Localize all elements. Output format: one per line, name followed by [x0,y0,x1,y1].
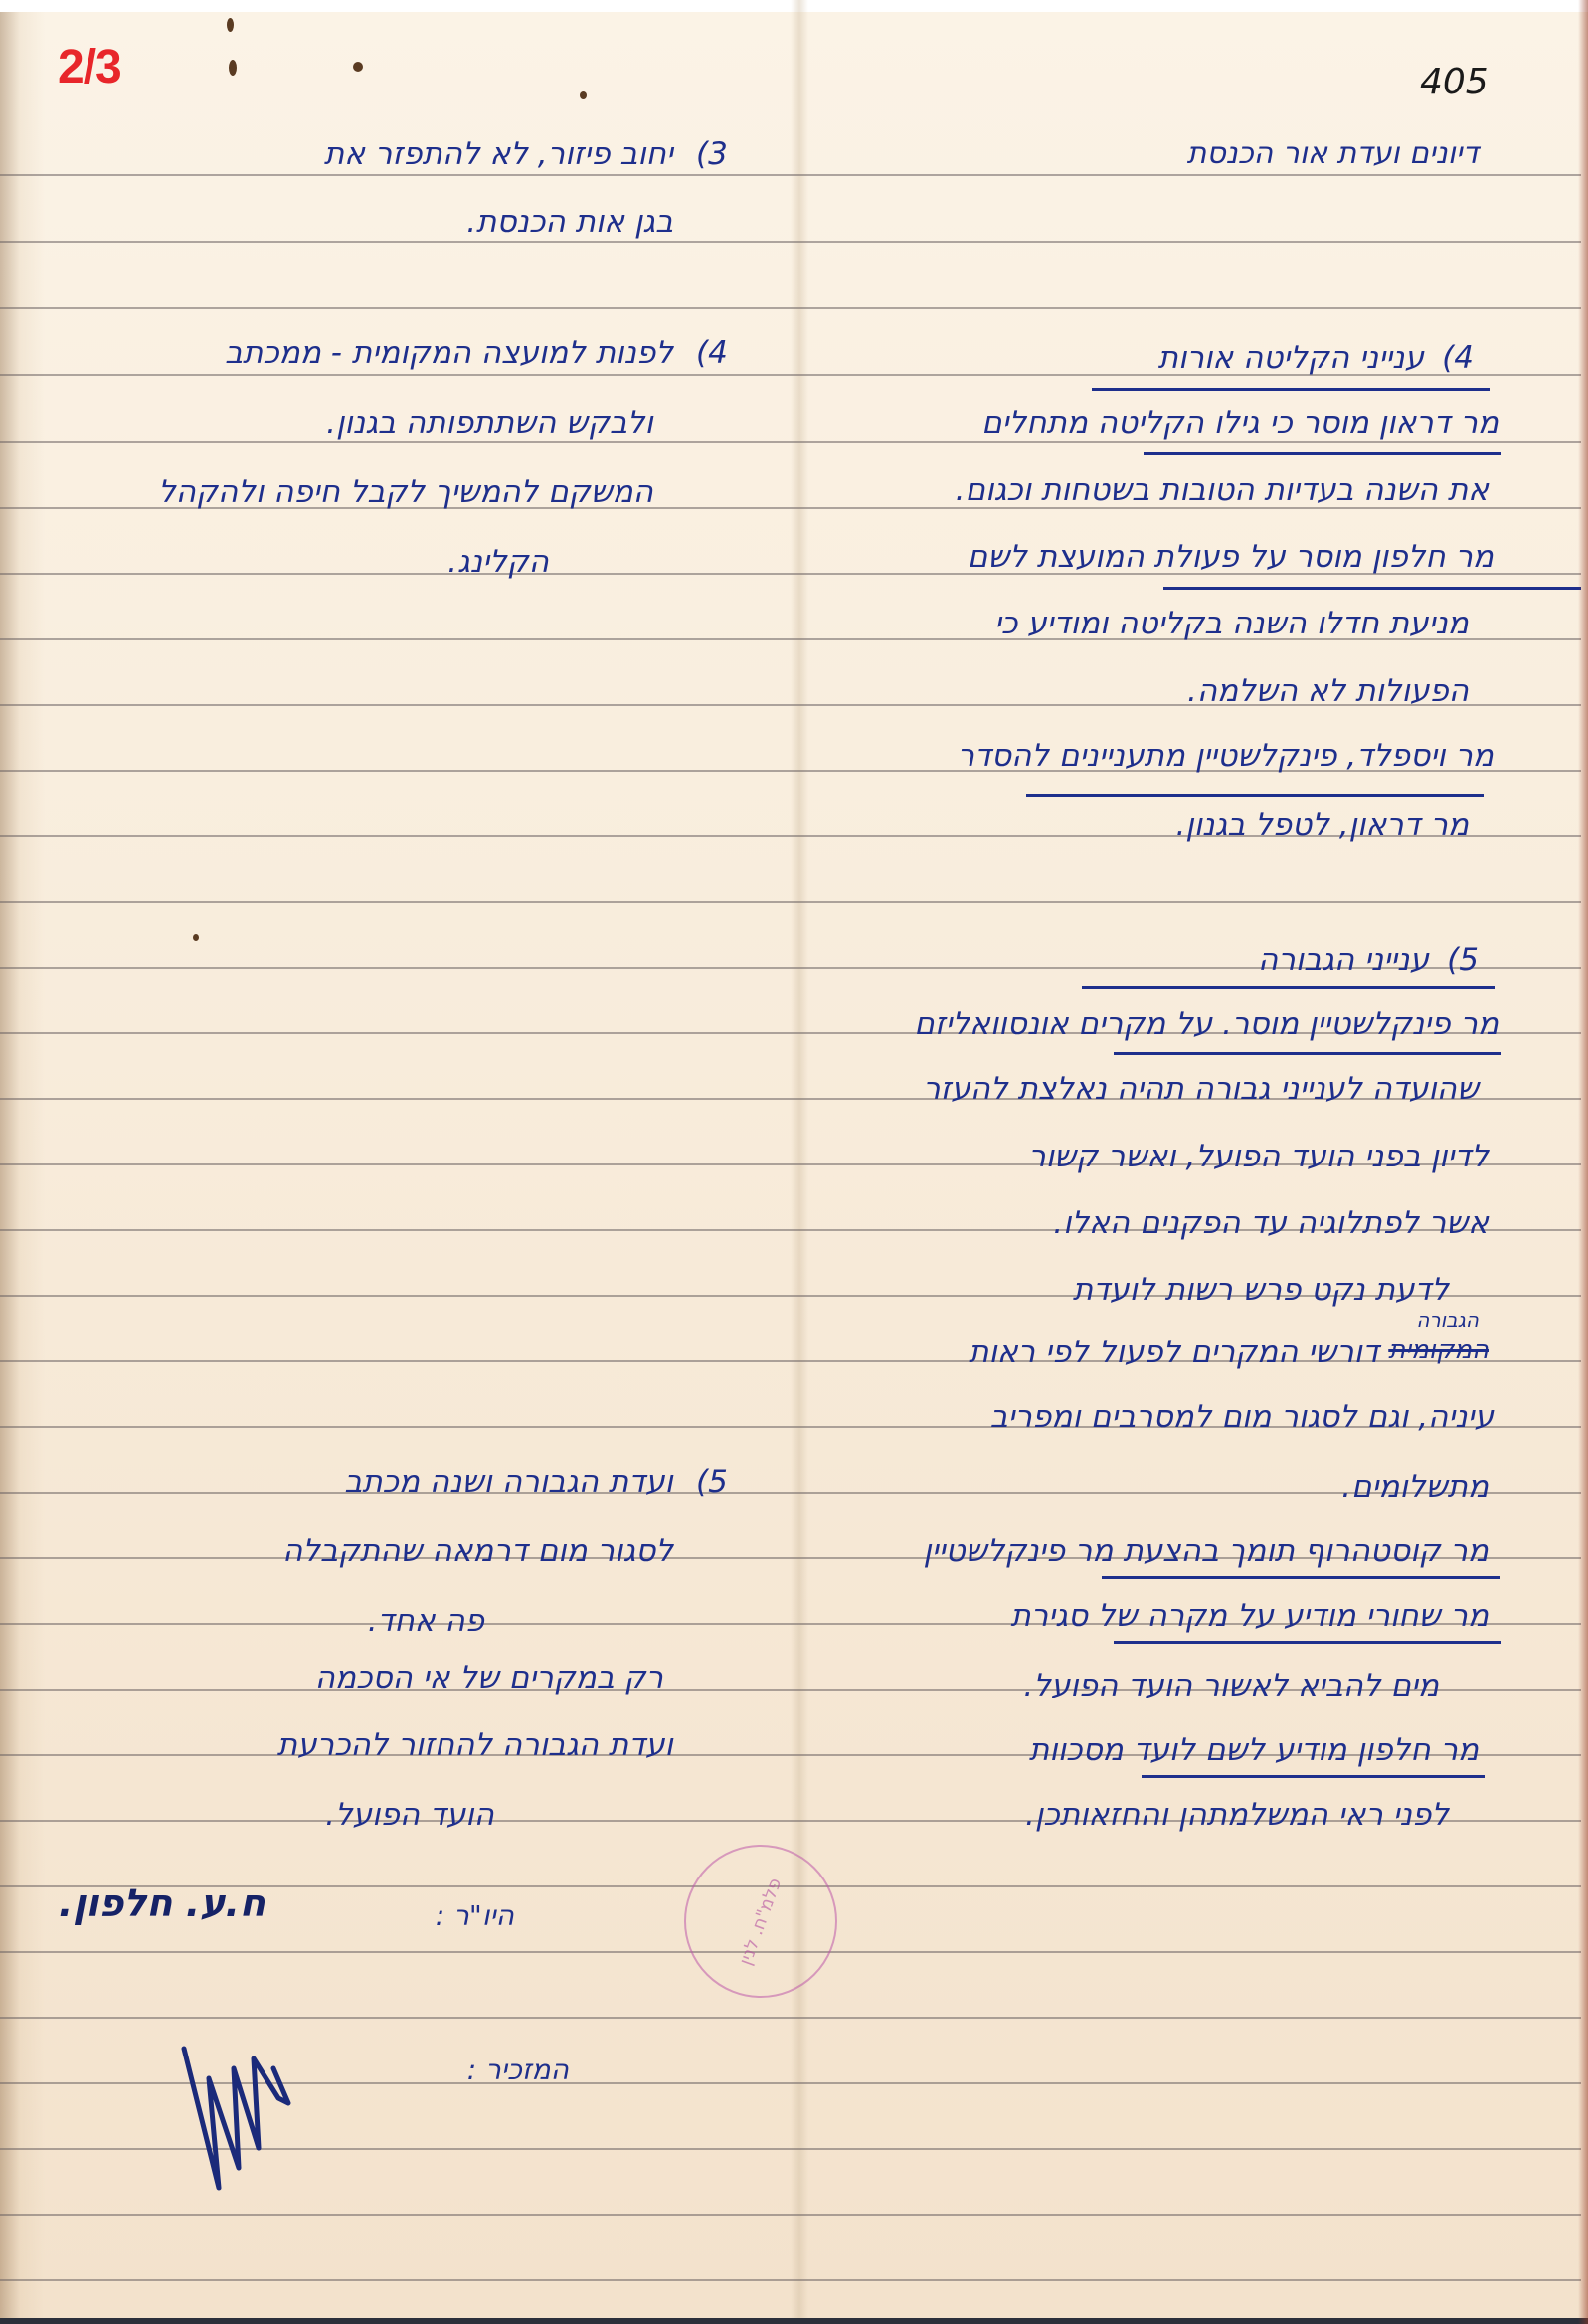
minutes-line: לדיון בפני הועד הפועל, ואשר קשור [1028,1142,1489,1172]
minutes-line: יחוב פיזור, לא להתפזר את [324,139,673,170]
section-4-number: 4) [1442,343,1474,374]
ruled-line [0,241,1581,243]
chair-label: היו"ר : [436,1899,514,1932]
minutes-line: מניעת חדלו השנה בקליטה ומודיע כי [994,609,1469,639]
scan-bottom-edge [0,2318,1588,2324]
minutes-line: ועדת הגבורה להחזור להכרעת [277,1730,673,1761]
minutes-line: אשר לפתלוגיה עד הפקנים האלו. [1053,1208,1489,1239]
minutes-line: מים להביא לאשור הועד הפועל. [1023,1671,1439,1701]
speaker-underline [1142,1775,1485,1778]
minutes-line: מר שחורי מודיע על מקרה של סגירת [1010,1601,1489,1632]
minutes-line: הועד הפועל. [325,1800,494,1831]
minutes-line: מר קוסטהרוף תומך בהצעת מר פינקלשטיין [923,1536,1489,1567]
minutes-line: מר חלפון מודיע לשם לועד מסכוות [1029,1735,1479,1766]
minutes-line: לפנות למועצה המקומית - ממכתב [225,338,673,369]
minutes-line: מר דראון מוסר כי גילו הקליטה מתחלים [981,408,1499,439]
ink-spot [580,91,587,99]
ink-spot [229,60,237,76]
minutes-line: מר חלפון מוסר על פעולת המועצת לשם [968,542,1494,573]
secretary-label: המזכיר : [467,2054,569,2086]
minutes-line: ולבקש השתתפותה בגנון. [326,408,653,439]
item-3-number: 3) [696,139,728,170]
minutes-line: פה אחד. [368,1606,484,1637]
minutes-line: לדעת נקט פרש רשות לועדת [1073,1275,1449,1306]
ruled-line [0,2214,1581,2216]
speaker-underline [1114,1641,1501,1644]
speaker-underline [1114,1052,1501,1055]
stamp-text: פלמ"ח. לנין [735,1875,786,1967]
secretary-signature [179,2039,298,2208]
speaker-underline [1163,587,1581,590]
ruled-line [0,2017,1581,2019]
page-number: 405 [1420,62,1489,102]
ruled-line [0,441,1581,443]
minutes-line: רק במקרים של אי הסכמה [315,1663,663,1694]
minutes-line: לסגור מום דרמאה שהתקבלה [282,1536,673,1567]
chair-signature: ח.ע. חלפון. [59,1884,265,1922]
page-header: דיונים ועדת אור הכנסת [1187,139,1479,169]
struck-word: המקומית [1388,1338,1489,1363]
minutes-line: המשקם להמשיך לקבל חיפה ולהקהל [158,477,653,508]
speaker-underline [1144,452,1501,455]
speaker-underline [1102,1576,1500,1579]
speaker-underline [1026,794,1484,797]
minutes-line: הקלינג. [447,547,549,578]
notebook-page: 2/3 405 דיונים ועדת אור הכנסת 4) ענייני … [0,0,1588,2324]
section-4-title: ענייני הקליטה אורות [1158,343,1424,374]
ruled-line [0,174,1581,176]
minutes-line: שהועדה לענייני גבורה תהיה נאלצת להעזר [923,1074,1479,1105]
minutes-line: מר דראון, לטפל בגנון. [1175,810,1469,841]
minutes-line: בגן אות הכנסת. [466,207,673,238]
minutes-line: דורשי המקרים לפעול לפי ראות [969,1338,1379,1368]
ink-spot [353,62,363,72]
section-5-title-underline [1082,986,1495,989]
minutes-line: מר פינקלשטיין מוסר. על מקרים אונסוואליזם [914,1009,1499,1040]
page-label: 2/3 [58,40,121,94]
minutes-line: את השנה בעדיות הטובות בשטחות וכגום. [956,475,1489,506]
minutes-line: ועדת הגבורה ושנה מכתב [344,1467,673,1498]
minutes-line: עיניה, וגם לסגור מום למסרבים ומפריב [990,1402,1494,1433]
item-5-number: 5) [696,1467,728,1498]
section-4-title-underline [1092,388,1490,391]
ink-spot [193,934,199,941]
ink-spot [227,18,234,32]
ruled-line [0,901,1581,903]
ruled-line [0,307,1581,309]
minutes-line: מר ויספלד, פינקלשטיין מתעניינים להסדר [958,741,1494,772]
inserted-word: הגבורה [1416,1308,1479,1332]
section-5-number: 5) [1447,945,1479,976]
minutes-line: הפעולות לא השלמה. [1187,676,1469,707]
official-stamp: פלמ"ח. לנין [684,1845,837,1998]
minutes-line: לפני ראי המשלמתהן והחזאותכן. [1025,1800,1449,1831]
item-4-number: 4) [696,338,728,369]
section-5-title: ענייני הגבורה [1258,945,1429,976]
ruled-line [0,2279,1581,2281]
minutes-line: מתשלומים. [1341,1472,1489,1503]
